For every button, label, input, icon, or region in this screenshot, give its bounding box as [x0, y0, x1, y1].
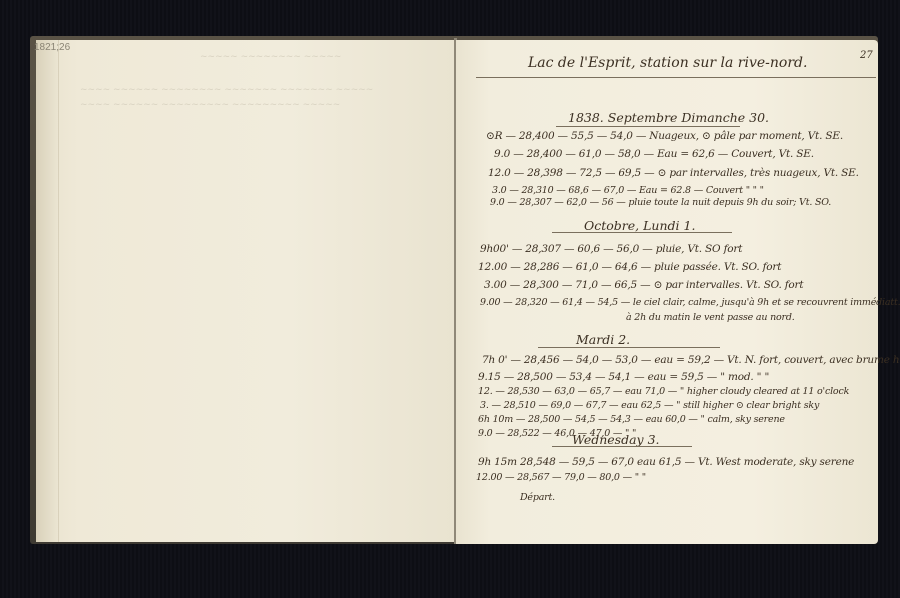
log-row: ⊙R — 28,400 — 55,5 — 54,0 — Nuageux, ⊙ p… [486, 130, 843, 142]
heading-rule [556, 126, 740, 127]
section-heading: 1838. Septembre Dimanche 30. [568, 110, 769, 125]
log-row: 7h 0' — 28,456 — 54,0 — 53,0 — eau = 59,… [482, 354, 900, 366]
log-row: 9.0 — 28,400 — 61,0 — 58,0 — Eau = 62,6 … [494, 148, 814, 160]
section-heading: Octobre, Lundi 1. [584, 218, 695, 233]
heading-rule [538, 347, 720, 348]
section-heading: Wednesday 3. [572, 432, 660, 447]
log-row: 12.00 — 28,567 — 79,0 — 80,0 — " " [476, 472, 646, 483]
log-row: 9.15 — 28,500 — 53,4 — 54,1 — eau = 59,5… [478, 371, 769, 383]
left-page [36, 40, 456, 542]
heading-rule [552, 232, 732, 233]
bleed-through-text: ~~~~ ~~~~~~ ~~~~~~~~ ~~~~~~~ ~~~~~~~ ~~~… [80, 85, 373, 95]
log-row: 12.0 — 28,398 — 72,5 — 69,5 — ⊙ par inte… [488, 167, 859, 179]
section-heading: Mardi 2. [576, 332, 630, 347]
log-row: 9h00' — 28,307 — 60,6 — 56,0 — pluie, Vt… [480, 243, 742, 255]
catalog-number: 1821;26 [34, 42, 70, 53]
log-row: 12. — 28,530 — 63,0 — 65,7 — eau 71,0 — … [478, 386, 849, 397]
log-row: à 2h du matin le vent passe au nord. [626, 312, 795, 323]
log-row: 9.00 — 28,320 — 61,4 — 54,5 — le ciel cl… [480, 297, 900, 308]
log-row: 3. — 28,510 — 69,0 — 67,7 — eau 62,5 — "… [480, 400, 819, 411]
log-row: 6h 10m — 28,500 — 54,5 — 54,3 — eau 60,0… [478, 414, 785, 425]
page-title: Lac de l'Esprit, station sur la rive-nor… [528, 55, 807, 71]
log-row: 3.00 — 28,300 — 71,0 — 66,5 — ⊙ par inte… [484, 279, 803, 291]
log-row: 9.0 — 28,307 — 62,0 — 56 — pluie toute l… [490, 197, 831, 208]
log-row: 3.0 — 28,310 — 68,6 — 67,0 — Eau = 62.8 … [492, 185, 764, 196]
bleed-through-text: ~~~~~ ~~~~~~~~ ~~~~~ [200, 52, 341, 62]
log-row: 9h 15m 28,548 — 59,5 — 67,0 eau 61,5 — V… [478, 456, 854, 468]
bleed-through-text: ~~~~ ~~~~~~ ~~~~~~~~~ ~~~~~~~~~ ~~~~~ [80, 100, 340, 110]
page-stack-edge [36, 40, 59, 542]
log-row: 12.00 — 28,286 — 61,0 — 64,6 — pluie pas… [478, 261, 781, 273]
heading-rule [552, 446, 692, 447]
departure-note: Départ. [520, 492, 555, 503]
page-number: 27 [860, 50, 873, 61]
title-rule [476, 77, 876, 78]
